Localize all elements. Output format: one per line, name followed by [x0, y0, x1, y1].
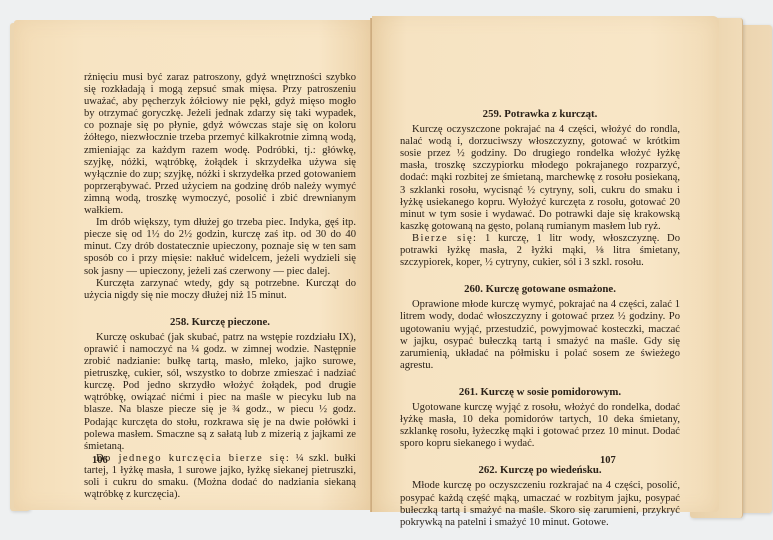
paragraph: rżnięciu musi być zaraz patroszony, gdyż…: [84, 72, 356, 217]
page-number: 107: [600, 455, 616, 466]
recipe-heading: 260. Kurczę gotowane osmażone.: [400, 283, 680, 295]
left-page: rżnięciu musi być zaraz patroszony, gdyż…: [14, 20, 372, 510]
paragraph: Oprawione młode kurczę wymyć, pokrajać n…: [400, 299, 680, 372]
recipe-heading: 258. Kurczę pieczone.: [84, 316, 356, 328]
recipe-heading: 259. Potrawka z kurcząt.: [400, 108, 680, 120]
ingredients-lead: Bierze się:: [412, 233, 477, 244]
left-page-text: rżnięciu musi być zaraz patroszony, gdyż…: [84, 72, 356, 501]
paragraph: Kurczę oczyszczone pokrajać na 4 części,…: [400, 124, 680, 233]
right-page-text: 259. Potrawka z kurcząt. Kurczę oczyszcz…: [400, 108, 680, 529]
ingredients-lead: Do jednego kurczęcia bierze się:: [96, 453, 290, 464]
ingredients-paragraph: Bierze się: 1 kurczę, 1 litr wody, włosz…: [400, 233, 680, 269]
right-page: 259. Potrawka z kurcząt. Kurczę oczyszcz…: [372, 16, 719, 512]
paragraph: Im drób większy, tym dłużej go trzeba pi…: [84, 217, 356, 277]
paragraph: Kurczęta zarzynać wtedy, gdy są potrzebn…: [84, 278, 356, 302]
recipe-heading: 261. Kurczę w sosie pomidorowym.: [400, 386, 680, 398]
page-number: 106: [92, 455, 108, 466]
paragraph: Młode kurczę po oczyszczeniu rozkrajać n…: [400, 480, 680, 528]
ingredients-paragraph: Do jednego kurczęcia bierze się: ¼ szkl.…: [84, 453, 356, 501]
paragraph: Kurczę oskubać (jak skubać, patrz na wst…: [84, 332, 356, 453]
paragraph: Ugotowane kurczę wyjąć z rosołu, włożyć …: [400, 402, 680, 450]
open-book: rżnięciu musi być zaraz patroszony, gdyż…: [0, 0, 773, 540]
recipe-heading: 262. Kurczę po wiedeńsku.: [400, 464, 680, 476]
